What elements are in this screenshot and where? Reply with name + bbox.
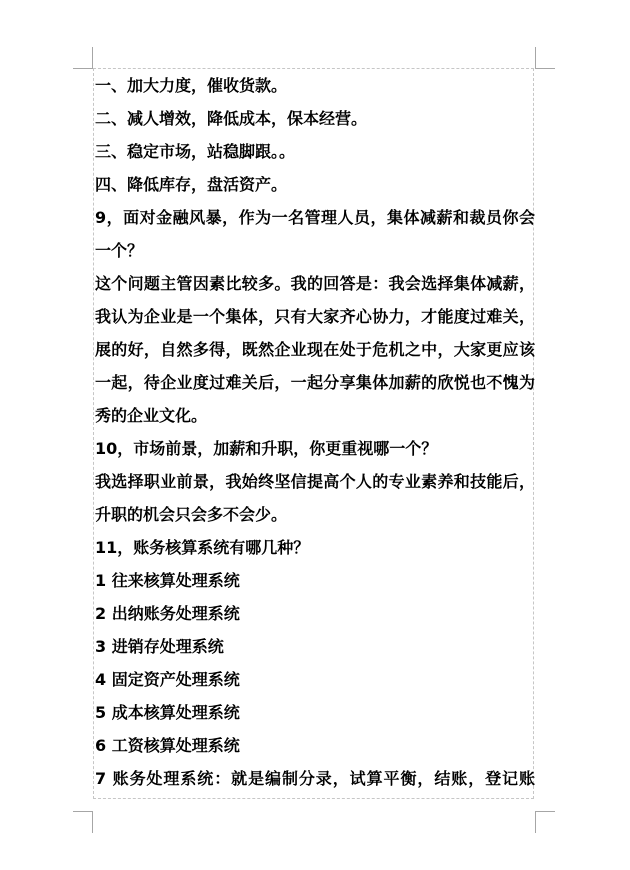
margin-crop-mark-top-left — [73, 47, 93, 69]
margin-crop-mark-top-right — [535, 47, 555, 69]
document-text-line: 5 成本核算处理系统 — [95, 696, 535, 729]
document-text-area[interactable]: 一、加大力度，催收货款。二、减人增效，降低成本，保本经营。三、稳定市场，站稳脚跟… — [95, 69, 535, 795]
document-text-line: 7 账务处理系统：就是编制分录，试算平衡，结账，登记账薄，编制 — [95, 762, 535, 795]
document-text-line: 一、加大力度，催收货款。 — [95, 69, 535, 102]
document-text-line: 一起，待企业度过难关后，一起分享集体加薪的欣悦也不愧为一种优 — [95, 366, 535, 399]
document-text-line: 9，面对金融风暴，作为一名管理人员，集体减薪和裁员你会选择哪 — [95, 201, 535, 234]
document-text-line: 2 出纳账务处理系统 — [95, 597, 535, 630]
document-text-line: 我选择职业前景，我始终坚信提高个人的专业素养和技能后，加薪和 — [95, 465, 535, 498]
document-text-line: 4 固定资产处理系统 — [95, 663, 535, 696]
document-text-line: 1 往来核算处理系统 — [95, 564, 535, 597]
document-page: 一、加大力度，催收货款。二、减人增效，降低成本，保本经营。三、稳定市场，站稳脚跟… — [0, 0, 630, 870]
document-text-line: 3 进销存处理系统 — [95, 630, 535, 663]
document-text-line: 我认为企业是一个集体，只有大家齐心协力，才能度过难关，企业发 — [95, 300, 535, 333]
document-text-line: 秀的企业文化。 — [95, 399, 535, 432]
document-text-line: 6 工资核算处理系统 — [95, 729, 535, 762]
margin-crop-mark-bottom-right — [535, 811, 555, 833]
document-text-line: 升职的机会只会多不会少。 — [95, 498, 535, 531]
document-text-line: 三、稳定市场，站稳脚跟。。 — [95, 135, 535, 168]
document-text-line: 一个？ — [95, 234, 535, 267]
document-text-line: 11，账务核算系统有哪几种？ — [95, 531, 535, 564]
margin-crop-mark-bottom-left — [73, 811, 93, 833]
document-text-line: 四、降低库存，盘活资产。 — [95, 168, 535, 201]
document-text-line: 这个问题主管因素比较多。我的回答是：我会选择集体减薪，原因是 — [95, 267, 535, 300]
document-text-line: 展的好，自然多得，既然企业现在处于危机之中，大家更应该团结在 — [95, 333, 535, 366]
document-text-line: 10，市场前景，加薪和升职，你更重视哪一个？ — [95, 432, 535, 465]
document-text-line: 二、减人增效，降低成本，保本经营。 — [95, 102, 535, 135]
